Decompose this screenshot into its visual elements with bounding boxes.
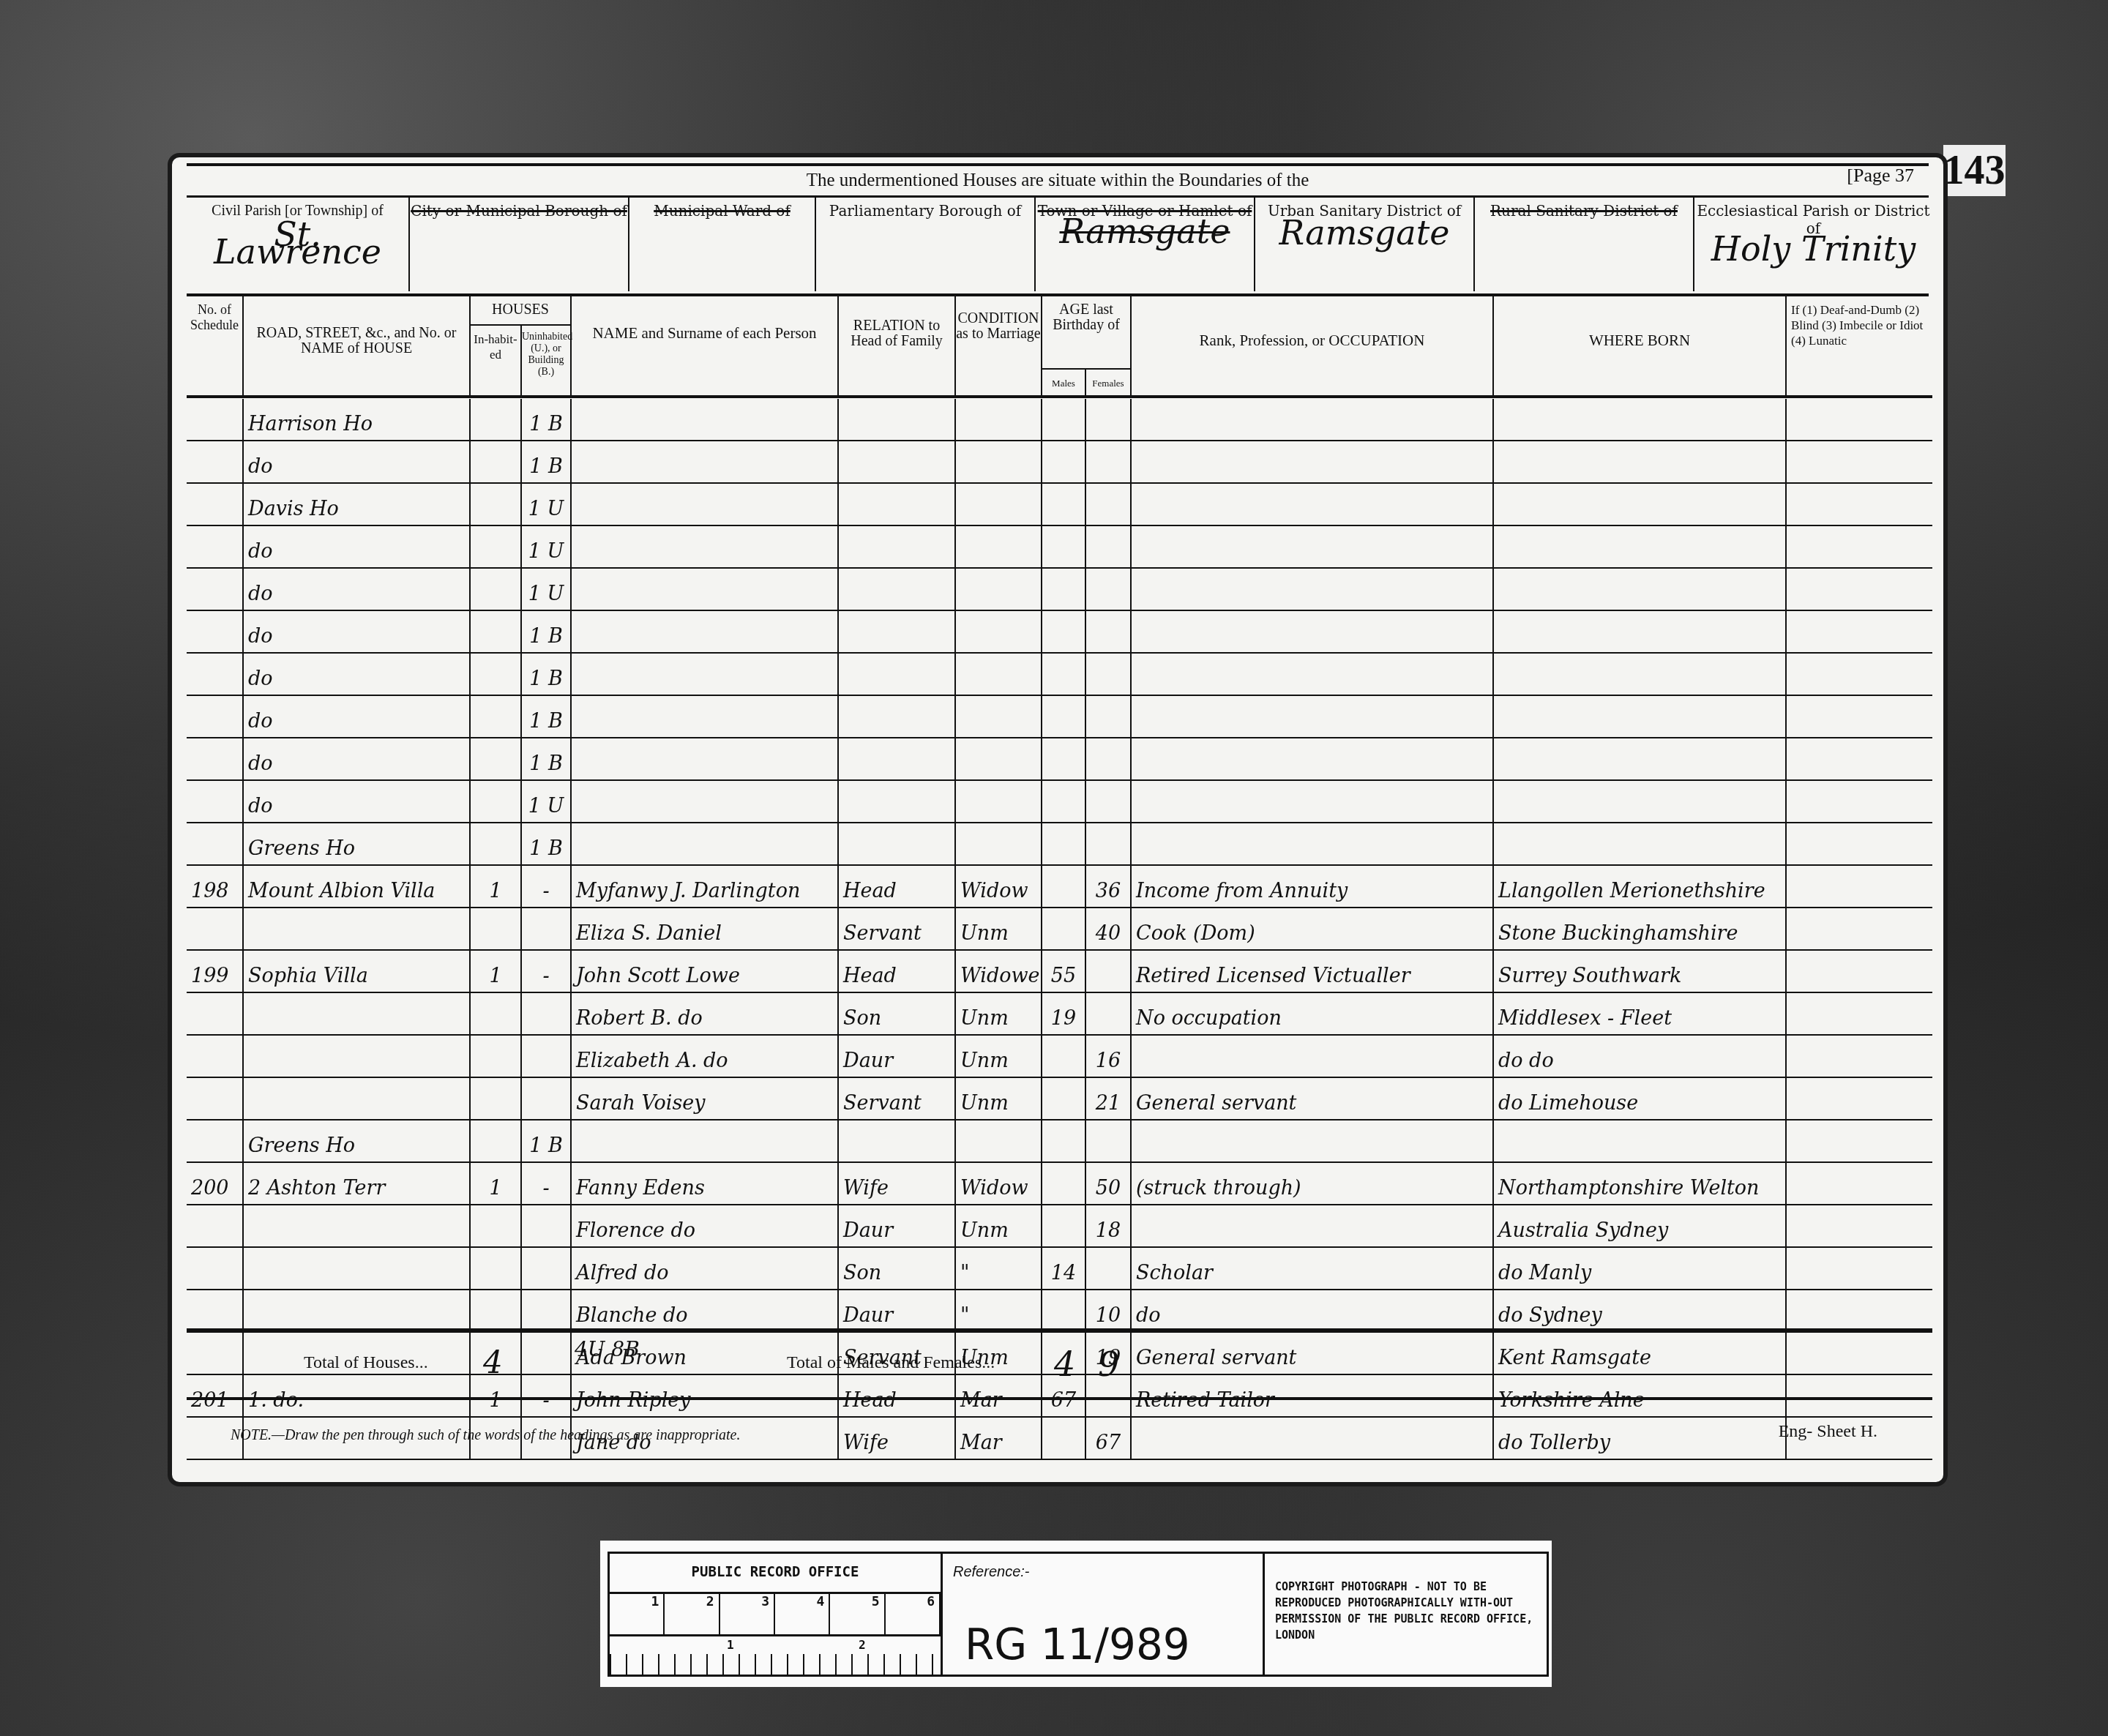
cell-infirmity <box>1787 908 1932 951</box>
ruler-label: 1 <box>727 1638 734 1652</box>
table-row: do1 U <box>187 781 1932 823</box>
cell-age-female: 50 <box>1086 1163 1132 1205</box>
boundary-value: Ramsgate <box>1036 222 1254 240</box>
cell-schedule <box>187 611 244 654</box>
cell-relation <box>839 781 956 823</box>
cell-road: do <box>244 569 471 611</box>
cell-age-male <box>1042 1290 1086 1333</box>
cell-schedule <box>187 993 244 1036</box>
cell-schedule <box>187 569 244 611</box>
total-persons-label: Total of Males and Females... <box>787 1353 995 1373</box>
cell-schedule <box>187 696 244 738</box>
cell-infirmity <box>1787 569 1932 611</box>
cell-where-born <box>1494 781 1787 823</box>
cell-occupation: Cook (Dom) <box>1132 908 1494 951</box>
cell-where-born <box>1494 611 1787 654</box>
cell-condition <box>956 696 1042 738</box>
cell-name <box>572 526 839 569</box>
cell-uninhabited: - <box>522 866 572 908</box>
cell-relation: Servant <box>839 908 956 951</box>
cell-relation: Wife <box>839 1418 956 1460</box>
cell-occupation: do <box>1132 1290 1494 1333</box>
cell-relation <box>839 654 956 696</box>
cell-uninhabited: 1 B <box>522 823 572 866</box>
cell-occupation <box>1132 1418 1494 1460</box>
col-schedule: No. of Schedule <box>187 296 244 395</box>
cell-condition: " <box>956 1290 1042 1333</box>
boundary-municipal-ward: Municipal Ward of <box>629 198 816 291</box>
table-row: 2002 Ashton Terr1-Fanny EdensWifeWidow50… <box>187 1163 1932 1205</box>
cell-road <box>244 1036 471 1078</box>
cell-schedule <box>187 781 244 823</box>
cell-name <box>572 654 839 696</box>
cell-road <box>244 993 471 1036</box>
cell-name <box>572 1120 839 1163</box>
cell-condition <box>956 569 1042 611</box>
cell-where-born: Middlesex - Fleet <box>1494 993 1787 1036</box>
cell-schedule <box>187 484 244 526</box>
cell-age-male <box>1042 1078 1086 1120</box>
cell-occupation <box>1132 441 1494 484</box>
cell-schedule <box>187 441 244 484</box>
col-road: ROAD, STREET, &c., and No. or NAME of HO… <box>244 296 471 395</box>
cell-age-female: 10 <box>1086 1290 1132 1333</box>
scale-top: 123456 <box>610 1594 941 1634</box>
cell-age-female <box>1086 823 1132 866</box>
col-relation: RELATION to Head of Family <box>839 296 956 395</box>
total-inhabited: 4 <box>483 1344 503 1380</box>
cell-road: do <box>244 526 471 569</box>
cell-relation: Son <box>839 1248 956 1290</box>
cell-condition <box>956 399 1042 441</box>
cell-inhabited <box>471 1248 522 1290</box>
cell-relation: Servant <box>839 1078 956 1120</box>
cell-age-male <box>1042 696 1086 738</box>
cell-age-male <box>1042 866 1086 908</box>
cell-road: Mount Albion Villa <box>244 866 471 908</box>
cell-age-male: 19 <box>1042 993 1086 1036</box>
copyright-box: COPYRIGHT PHOTOGRAPH - NOT TO BE REPRODU… <box>1265 1554 1547 1675</box>
cell-where-born <box>1494 1120 1787 1163</box>
cell-occupation <box>1132 569 1494 611</box>
cell-uninhabited: 1 U <box>522 569 572 611</box>
cell-infirmity <box>1787 1036 1932 1078</box>
cell-schedule <box>187 654 244 696</box>
cell-schedule <box>187 399 244 441</box>
cell-name <box>572 399 839 441</box>
cell-condition: Unm <box>956 1078 1042 1120</box>
col-inhabited: In-habit-ed <box>471 326 522 395</box>
cell-where-born <box>1494 569 1787 611</box>
cell-infirmity <box>1787 951 1932 993</box>
cell-age-female: 18 <box>1086 1205 1132 1248</box>
cell-age-male <box>1042 1120 1086 1163</box>
table-row: Florence doDaurUnm18Australia Sydney <box>187 1205 1932 1248</box>
cell-condition: Unm <box>956 908 1042 951</box>
cell-age-female <box>1086 1120 1132 1163</box>
boundary-value: St. Lawrence <box>187 225 408 261</box>
cell-relation <box>839 696 956 738</box>
cell-infirmity <box>1787 993 1932 1036</box>
cell-schedule: 199 <box>187 951 244 993</box>
cell-uninhabited <box>522 1248 572 1290</box>
cell-age-female <box>1086 484 1132 526</box>
cell-condition <box>956 611 1042 654</box>
public-record-office-label: PUBLIC RECORD OFFICE 123456 1 2 Referenc… <box>600 1541 1552 1687</box>
cell-age-female: 67 <box>1086 1418 1132 1460</box>
cell-inhabited <box>471 1036 522 1078</box>
cell-infirmity <box>1787 1248 1932 1290</box>
cell-name <box>572 781 839 823</box>
cell-name: Fanny Edens <box>572 1163 839 1205</box>
cell-relation: Head <box>839 866 956 908</box>
col-age: AGE last Birthday of <box>1042 296 1132 370</box>
cell-infirmity <box>1787 611 1932 654</box>
cell-age-male <box>1042 1205 1086 1248</box>
cell-schedule: 198 <box>187 866 244 908</box>
table-row: Harrison Ho1 B <box>187 399 1932 441</box>
cell-where-born: do Manly <box>1494 1248 1787 1290</box>
cell-where-born <box>1494 526 1787 569</box>
cell-occupation: Scholar <box>1132 1248 1494 1290</box>
cell-age-female <box>1086 696 1132 738</box>
footer-note: NOTE.—Draw the pen through such of the w… <box>231 1427 740 1444</box>
cell-infirmity <box>1787 441 1932 484</box>
cell-age-male <box>1042 399 1086 441</box>
cell-occupation: General servant <box>1132 1078 1494 1120</box>
cell-relation <box>839 611 956 654</box>
cell-uninhabited: 1 B <box>522 654 572 696</box>
cell-name <box>572 484 839 526</box>
cell-uninhabited: 1 B <box>522 611 572 654</box>
cell-age-male <box>1042 781 1086 823</box>
reference-value: RG 11/989 <box>965 1620 1190 1669</box>
cell-where-born: Stone Buckinghamshire <box>1494 908 1787 951</box>
col-males: Males <box>1042 370 1086 395</box>
cell-age-male <box>1042 1036 1086 1078</box>
cell-age-male: 55 <box>1042 951 1086 993</box>
cell-uninhabited <box>522 1290 572 1333</box>
cell-uninhabited <box>522 1205 572 1248</box>
cell-condition: Widow <box>956 1163 1042 1205</box>
cell-infirmity <box>1787 823 1932 866</box>
cell-age-female <box>1086 569 1132 611</box>
cell-age-male <box>1042 441 1086 484</box>
col-females: Females <box>1086 370 1132 395</box>
cell-schedule <box>187 526 244 569</box>
cell-age-female: 40 <box>1086 908 1132 951</box>
cell-road: do <box>244 611 471 654</box>
cell-where-born: do Limehouse <box>1494 1078 1787 1120</box>
cell-name: Elizabeth A. do <box>572 1036 839 1078</box>
cell-inhabited <box>471 441 522 484</box>
col-infirmity: If (1) Deaf-and-Dumb (2) Blind (3) Imbec… <box>1787 296 1932 395</box>
cell-age-male <box>1042 823 1086 866</box>
cell-inhabited <box>471 526 522 569</box>
cell-where-born <box>1494 399 1787 441</box>
cell-relation: Son <box>839 993 956 1036</box>
cell-where-born <box>1494 696 1787 738</box>
cell-condition <box>956 654 1042 696</box>
cell-relation <box>839 526 956 569</box>
cell-relation <box>839 484 956 526</box>
cell-road: Davis Ho <box>244 484 471 526</box>
cell-road: 2 Ashton Terr <box>244 1163 471 1205</box>
cell-uninhabited <box>522 1036 572 1078</box>
col-where-born: WHERE BORN <box>1494 296 1787 395</box>
cell-relation: Wife <box>839 1163 956 1205</box>
sheet-label: Eng- Sheet H. <box>1779 1422 1877 1442</box>
cell-relation <box>839 399 956 441</box>
reference-box: Reference:- RG 11/989 <box>943 1554 1265 1675</box>
cell-occupation <box>1132 696 1494 738</box>
cell-name: Blanche do <box>572 1290 839 1333</box>
cell-relation: Daur <box>839 1205 956 1248</box>
sheet-stamp: 143 <box>1943 145 2006 196</box>
cell-inhabited: 1 <box>471 866 522 908</box>
cell-condition: Unm <box>956 1205 1042 1248</box>
cell-relation <box>839 738 956 781</box>
cell-age-female: 36 <box>1086 866 1132 908</box>
cell-condition: Mar <box>956 1418 1042 1460</box>
cell-age-female <box>1086 951 1132 993</box>
cell-occupation <box>1132 1120 1494 1163</box>
cell-road <box>244 908 471 951</box>
table-row: Alfred doSon"14Scholardo Manly <box>187 1248 1932 1290</box>
cell-age-male <box>1042 526 1086 569</box>
boundary-value: Ramsgate <box>1255 224 1473 242</box>
cell-inhabited <box>471 1205 522 1248</box>
cell-where-born: do Sydney <box>1494 1290 1787 1333</box>
cell-uninhabited: 1 U <box>522 526 572 569</box>
table-row: Greens Ho1 B <box>187 823 1932 866</box>
col-occupation: Rank, Profession, or OCCUPATION <box>1132 296 1494 395</box>
scale-segment: 1 <box>610 1594 665 1634</box>
cell-age-female <box>1086 611 1132 654</box>
cell-where-born <box>1494 484 1787 526</box>
cell-relation: Daur <box>839 1036 956 1078</box>
cell-uninhabited <box>522 908 572 951</box>
scale-segment: 6 <box>886 1594 941 1634</box>
cell-age-female <box>1086 993 1132 1036</box>
cell-road: Greens Ho <box>244 823 471 866</box>
cell-occupation: (struck through) <box>1132 1163 1494 1205</box>
cell-occupation <box>1132 654 1494 696</box>
cell-inhabited <box>471 781 522 823</box>
cell-age-male <box>1042 654 1086 696</box>
table-row: do1 B <box>187 441 1932 484</box>
table-row: do1 U <box>187 569 1932 611</box>
cell-age-female: 21 <box>1086 1078 1132 1120</box>
cell-road: Sophia Villa <box>244 951 471 993</box>
cell-inhabited <box>471 823 522 866</box>
cell-schedule: 200 <box>187 1163 244 1205</box>
cell-condition: Unm <box>956 1036 1042 1078</box>
cell-condition: Widow <box>956 866 1042 908</box>
table-row: do1 B <box>187 696 1932 738</box>
cell-relation <box>839 441 956 484</box>
col-uninhabited: Uninhabited (U.), or Building (B.) <box>522 326 572 395</box>
total-females: 9 <box>1098 1344 1119 1384</box>
cell-schedule <box>187 823 244 866</box>
cell-schedule <box>187 908 244 951</box>
cell-inhabited <box>471 1290 522 1333</box>
cell-schedule <box>187 1078 244 1120</box>
cell-occupation <box>1132 1205 1494 1248</box>
table-row: do1 U <box>187 526 1932 569</box>
cell-occupation <box>1132 781 1494 823</box>
col-houses: HOUSES <box>471 296 572 326</box>
cell-inhabited <box>471 908 522 951</box>
cell-age-female <box>1086 781 1132 823</box>
table-row: Robert B. doSonUnm19No occupationMiddles… <box>187 993 1932 1036</box>
totals-row: Total of Houses... 4 4U 8B Total of Male… <box>187 1328 1932 1400</box>
cell-occupation <box>1132 399 1494 441</box>
cell-name <box>572 696 839 738</box>
cell-age-male <box>1042 569 1086 611</box>
cell-uninhabited: 1 U <box>522 484 572 526</box>
cell-inhabited <box>471 1120 522 1163</box>
cell-infirmity <box>1787 738 1932 781</box>
col-name: NAME and Surname of each Person <box>572 296 839 395</box>
table-row: 198Mount Albion Villa1-Myfanwy J. Darlin… <box>187 866 1932 908</box>
cell-infirmity <box>1787 654 1932 696</box>
cell-occupation <box>1132 1036 1494 1078</box>
cell-inhabited <box>471 738 522 781</box>
cell-condition <box>956 738 1042 781</box>
cell-condition <box>956 823 1042 866</box>
cell-road: do <box>244 738 471 781</box>
cell-name <box>572 823 839 866</box>
cell-schedule <box>187 738 244 781</box>
cell-occupation <box>1132 526 1494 569</box>
cell-inhabited <box>471 484 522 526</box>
cell-condition: " <box>956 1248 1042 1290</box>
boundary-municipal-borough: City or Municipal Borough of <box>410 198 629 291</box>
ruler-ticks: 1 2 <box>610 1636 941 1675</box>
cell-age-female <box>1086 738 1132 781</box>
cell-inhabited <box>471 654 522 696</box>
cell-where-born: Surrey Southwark <box>1494 951 1787 993</box>
cell-name <box>572 611 839 654</box>
cell-infirmity <box>1787 1290 1932 1333</box>
cell-infirmity <box>1787 1205 1932 1248</box>
boundary-ecclesiastical-parish: Ecclesiastical Parish or District of Hol… <box>1694 198 1932 291</box>
cell-name <box>572 441 839 484</box>
header-bottom-rule <box>187 395 1932 398</box>
cell-inhabited <box>471 399 522 441</box>
cell-occupation <box>1132 484 1494 526</box>
pro-label-frame: PUBLIC RECORD OFFICE 123456 1 2 Referenc… <box>608 1552 1549 1677</box>
cell-infirmity <box>1787 696 1932 738</box>
cell-relation: Daur <box>839 1290 956 1333</box>
census-page: The undermentioned Houses are situate wi… <box>172 157 1943 1482</box>
table-row: Eliza S. DanielServantUnm40Cook (Dom)Sto… <box>187 908 1932 951</box>
pro-office-title: PUBLIC RECORD OFFICE <box>610 1564 941 1580</box>
cell-road: do <box>244 654 471 696</box>
cell-name: John Scott Lowe <box>572 951 839 993</box>
cell-where-born <box>1494 441 1787 484</box>
cell-age-female <box>1086 399 1132 441</box>
cell-occupation <box>1132 738 1494 781</box>
cell-condition <box>956 781 1042 823</box>
cell-uninhabited: 1 B <box>522 696 572 738</box>
cell-road <box>244 1290 471 1333</box>
cell-road <box>244 1248 471 1290</box>
cell-uninhabited: 1 B <box>522 1120 572 1163</box>
cell-age-male: 14 <box>1042 1248 1086 1290</box>
table-row: Blanche doDaur"10dodo Sydney <box>187 1290 1932 1333</box>
scale-segment: 4 <box>775 1594 830 1634</box>
cell-uninhabited: 1 B <box>522 738 572 781</box>
cell-age-female <box>1086 441 1132 484</box>
cell-where-born <box>1494 654 1787 696</box>
table-row: do1 B <box>187 654 1932 696</box>
cell-occupation <box>1132 611 1494 654</box>
cell-age-male <box>1042 611 1086 654</box>
cell-condition: Unm <box>956 993 1042 1036</box>
cell-name <box>572 569 839 611</box>
reference-label: Reference:- <box>953 1564 1263 1581</box>
cell-road <box>244 1205 471 1248</box>
cell-infirmity <box>1787 1163 1932 1205</box>
cell-where-born: Australia Sydney <box>1494 1205 1787 1248</box>
cell-inhabited: 1 <box>471 1163 522 1205</box>
cell-condition <box>956 1120 1042 1163</box>
boundary-rural-sanitary: Rural Sanitary District of <box>1475 198 1694 291</box>
cell-where-born: Northamptonshire Welton <box>1494 1163 1787 1205</box>
boundary-civil-parish: Civil Parish [or Township] of St. Lawren… <box>187 198 410 291</box>
cell-condition: Widower <box>956 951 1042 993</box>
cell-age-female <box>1086 654 1132 696</box>
cell-inhabited <box>471 611 522 654</box>
cell-infirmity <box>1787 484 1932 526</box>
cell-uninhabited: - <box>522 1163 572 1205</box>
table-row: do1 B <box>187 738 1932 781</box>
cell-schedule <box>187 1205 244 1248</box>
table-row: Davis Ho1 U <box>187 484 1932 526</box>
scale-segment: 5 <box>830 1594 885 1634</box>
cell-age-male <box>1042 908 1086 951</box>
cell-uninhabited: 1 U <box>522 781 572 823</box>
cell-relation <box>839 1120 956 1163</box>
col-condition: CONDITION as to Marriage <box>956 296 1042 395</box>
table-row: 199Sophia Villa1-John Scott LoweHeadWido… <box>187 951 1932 993</box>
total-uninhabited: 4U 8B <box>575 1337 640 1362</box>
cell-age-male <box>1042 1418 1086 1460</box>
cell-road <box>244 1078 471 1120</box>
cell-age-female <box>1086 526 1132 569</box>
cell-age-female <box>1086 1248 1132 1290</box>
boundary-parliamentary-borough: Parliamentary Borough of <box>816 198 1036 291</box>
boundary-town-village: Town or Village or Hamlet of Ramsgate <box>1036 198 1255 291</box>
cell-infirmity <box>1787 781 1932 823</box>
cell-name: Sarah Voisey <box>572 1078 839 1120</box>
cell-inhabited <box>471 993 522 1036</box>
cell-relation <box>839 569 956 611</box>
cell-uninhabited <box>522 993 572 1036</box>
cell-relation <box>839 823 956 866</box>
cell-where-born <box>1494 738 1787 781</box>
cell-where-born <box>1494 823 1787 866</box>
cell-relation: Head <box>839 951 956 993</box>
copyright-text: COPYRIGHT PHOTOGRAPH - NOT TO BE REPRODU… <box>1275 1579 1535 1643</box>
ruler-label: 2 <box>859 1638 866 1652</box>
cell-schedule <box>187 1290 244 1333</box>
cell-name: Florence do <box>572 1205 839 1248</box>
cell-inhabited <box>471 1078 522 1120</box>
cell-infirmity <box>1787 1078 1932 1120</box>
